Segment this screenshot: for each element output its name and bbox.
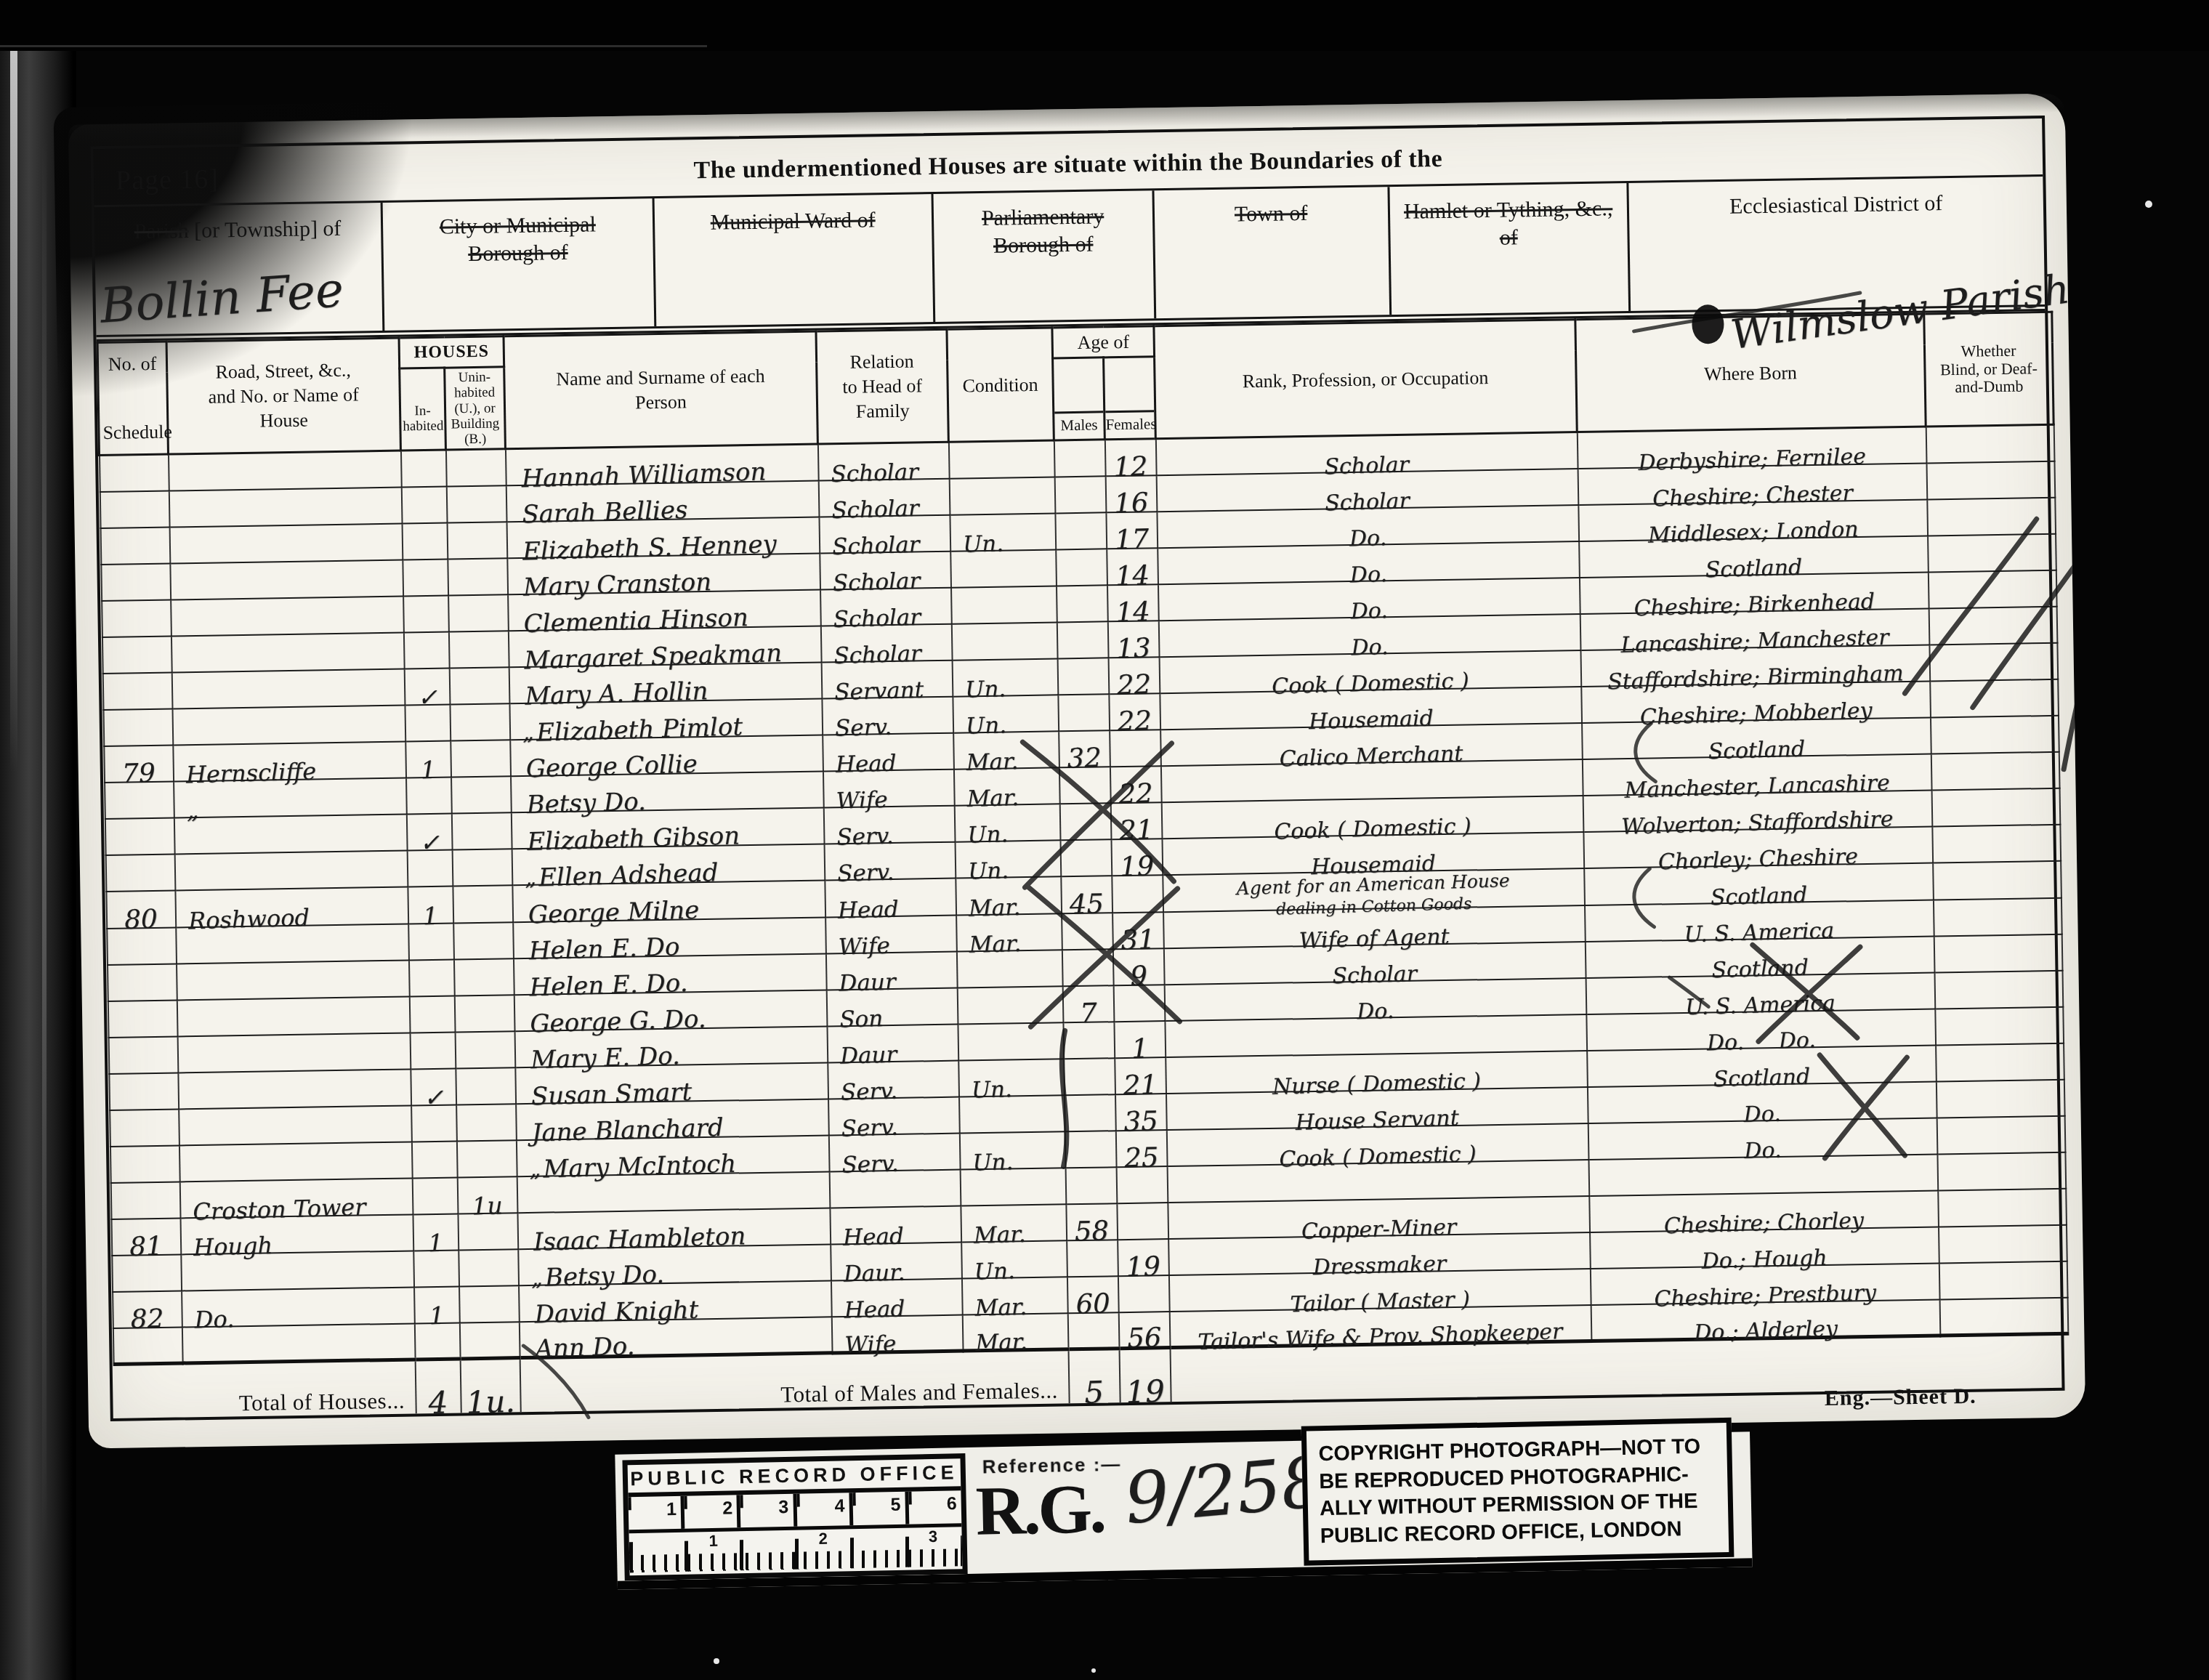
cell-age-male <box>1065 1131 1116 1168</box>
cell-occupation: Cook ( Domestic ) <box>1161 796 1583 839</box>
cell-age-male <box>1065 1167 1117 1204</box>
col-age-females: Females <box>1104 357 1156 440</box>
cell-road: Do. <box>182 1287 415 1327</box>
cell-age-male <box>1058 694 1110 731</box>
cell-relation: Head <box>830 1206 961 1244</box>
cell-age-male <box>1054 476 1106 513</box>
census-sheet: Page 16] The undermentioned Houses are s… <box>90 116 2064 1421</box>
cell-age-male <box>1057 621 1108 658</box>
col-age-group: Age of <box>1052 326 1155 358</box>
cell-road <box>170 560 403 599</box>
col-uninhabited: Unin-habited(U.), orBuilding(B.) <box>445 367 506 451</box>
field-municipal-ward-label: Municipal Ward of <box>697 206 889 237</box>
cell-road: Croston Tower <box>179 1178 413 1218</box>
cell-occupation: Copper-Miner <box>1168 1196 1590 1239</box>
col-age-males: Males <box>1053 358 1105 440</box>
field-ecclesiastical-label: Ecclesiastical District of <box>1716 190 1956 221</box>
cell-inhabited: ✓ <box>404 668 450 705</box>
cell-infirmity <box>1934 971 2063 1009</box>
cell-road <box>174 814 407 854</box>
inch-segment: 2 <box>684 1495 741 1529</box>
cell-schedule <box>105 854 175 891</box>
cell-infirmity <box>1936 1043 2064 1082</box>
cell-inhabited <box>410 1032 456 1069</box>
cell-inhabited <box>411 1141 457 1178</box>
cell-schedule <box>109 1073 179 1110</box>
field-municipal-borough: City or Municipal Borough of <box>380 198 654 331</box>
cell-infirmity <box>1933 861 2061 900</box>
cell-inhabited: 1 <box>405 740 451 778</box>
scan-speck <box>1091 1668 1096 1673</box>
cell-age-male <box>1062 949 1113 986</box>
pro-stamp-inch-scale: 1 2 3 4 5 6 <box>628 1490 961 1533</box>
scan-top-border <box>0 0 2209 51</box>
col-road: Road, Street, &c.,and No. or Name ofHous… <box>166 338 400 454</box>
cell-uninhabited <box>445 449 506 486</box>
total-houses-uninhabited: 1u. <box>460 1358 520 1413</box>
cell-age-female: 22 <box>1110 766 1161 803</box>
cell-uninhabited <box>452 849 512 886</box>
cell-infirmity <box>1939 1261 2067 1300</box>
cell-age-male <box>1056 585 1107 622</box>
cell-age-male <box>1055 512 1107 549</box>
cell-road <box>169 523 403 563</box>
field-parish-value: Bollin Fee <box>98 262 345 334</box>
cell-condition <box>957 986 1063 1024</box>
cell-infirmity <box>1937 1152 2066 1191</box>
cell-schedule <box>100 527 170 564</box>
col-schedule: No. ofSchedule <box>97 342 168 456</box>
copyright-stamp: COPYRIGHT PHOTOGRAPH—NOT TO BE REPRODUCE… <box>1301 1418 1735 1566</box>
total-males: 5 <box>1068 1349 1120 1403</box>
cell-uninhabited <box>453 922 514 959</box>
cell-uninhabited <box>456 1067 516 1104</box>
cell-road <box>171 596 404 636</box>
cell-schedule: 81 <box>111 1218 181 1255</box>
cell-condition <box>951 586 1057 623</box>
cell-condition <box>948 440 1054 478</box>
cell-age-female: 31 <box>1112 912 1164 949</box>
cell-inhabited <box>409 996 455 1033</box>
field-parliamentary-borough-label: Parliamentary Borough of <box>933 202 1152 260</box>
field-hamlet-label: Hamlet or Tything, &c., of <box>1389 195 1627 253</box>
total-females: 19 <box>1119 1348 1171 1402</box>
cell-road: Hernscliffe <box>173 741 406 781</box>
cell-condition: Un. <box>958 1059 1065 1097</box>
cell-age-male: 32 <box>1059 730 1110 767</box>
col-relation: Relationto Head ofFamily <box>816 329 948 444</box>
cell-inhabited: ✓ <box>411 1068 456 1105</box>
cell-age-female: 12 <box>1104 439 1156 476</box>
cell-schedule <box>110 1145 179 1182</box>
cell-inhabited <box>403 631 449 669</box>
cell-road <box>171 632 404 672</box>
cm-number: 2 <box>818 1530 828 1548</box>
cell-schedule <box>108 964 177 1001</box>
cell-schedule <box>100 454 169 491</box>
cell-infirmity <box>1929 607 2057 645</box>
cell-schedule <box>110 1109 179 1146</box>
cell-infirmity <box>1930 679 2059 718</box>
cell-infirmity <box>1932 825 2061 863</box>
col-houses-group: HOUSES <box>399 336 504 368</box>
cell-uninhabited <box>456 1104 517 1141</box>
cell-uninhabited <box>456 1140 517 1177</box>
cell-age-male <box>1059 803 1111 840</box>
field-town-label: Town of <box>1221 200 1321 229</box>
total-houses-inhabited: 4 <box>415 1359 461 1413</box>
inch-segment: 6 <box>908 1490 961 1524</box>
cell-uninhabited <box>454 995 514 1032</box>
cell-infirmity <box>1926 425 2054 464</box>
col-inhabited: In-habited <box>400 368 446 451</box>
cell-inhabited: 1 <box>408 886 453 924</box>
cell-inhabited <box>401 486 447 523</box>
cell-age-female: 56 <box>1118 1312 1170 1349</box>
inch-segment: 4 <box>796 1493 853 1527</box>
public-record-office-stamp: PUBLIC RECORD OFFICE 1 2 3 4 5 6 1 2 3 <box>622 1453 967 1580</box>
cell-inhabited <box>402 522 448 560</box>
cell-age-female: 1 <box>1114 1021 1166 1058</box>
sheet-note: Eng.—Sheet D. <box>1825 1384 1976 1411</box>
cell-infirmity <box>1931 752 2059 791</box>
cell-condition: Un. <box>959 1131 1065 1169</box>
cell-uninhabited: 1u <box>457 1176 517 1213</box>
cell-born: Cheshire; Chorley <box>1589 1190 1939 1232</box>
scan-left-border <box>0 0 76 1680</box>
cell-schedule <box>102 672 172 709</box>
cell-road <box>172 705 405 745</box>
cell-infirmity <box>1928 570 2056 609</box>
cell-road <box>177 1033 411 1073</box>
cell-uninhabited <box>451 740 511 777</box>
cell-infirmity <box>1927 498 2056 536</box>
cell-name: Isaac Hambleton <box>517 1208 831 1249</box>
cell-infirmity <box>1938 1189 2067 1227</box>
field-parish-label: Parish [or Township] of <box>121 215 354 246</box>
cell-born: Derbyshire; Fernilee <box>1577 427 1926 469</box>
cell-age-male: 45 <box>1061 876 1112 913</box>
cell-condition <box>951 622 1057 660</box>
cell-road <box>169 487 402 527</box>
cell-age-male <box>1065 1094 1116 1131</box>
cell-condition <box>949 477 1055 514</box>
cell-road <box>179 1105 412 1145</box>
cell-inhabited <box>412 1177 458 1214</box>
scanned-census-photograph: Page 16] The undermentioned Houses are s… <box>0 0 2209 1680</box>
inch-segment: 5 <box>852 1492 909 1526</box>
cell-name: Hannah Williamson <box>505 444 818 485</box>
cell-age-female: 19 <box>1118 1239 1169 1276</box>
cell-uninhabited <box>451 812 512 849</box>
col-name: Name and Surname of eachPerson <box>504 331 817 449</box>
cell-schedule <box>102 636 171 673</box>
cell-inhabited <box>403 559 448 596</box>
cell-schedule <box>102 599 171 637</box>
cell-age-male <box>1056 549 1107 586</box>
field-parish: Parish [or Township] of Bollin Fee <box>94 203 383 335</box>
cell-inhabited: 1 <box>413 1213 459 1251</box>
cell-uninhabited <box>446 485 506 522</box>
cell-uninhabited <box>448 631 509 668</box>
cell-road <box>171 669 405 708</box>
cell-infirmity <box>1928 534 2056 573</box>
cell-uninhabited <box>453 885 513 923</box>
field-municipal-borough-label: City or Municipal Borough of <box>408 211 627 269</box>
cm-number: 1 <box>708 1532 718 1551</box>
census-page: Page 16] The undermentioned Houses are s… <box>68 94 2085 1449</box>
cell-uninhabited <box>447 522 507 559</box>
cell-uninhabited <box>450 703 510 740</box>
cell-schedule <box>110 1182 180 1219</box>
cell-uninhabited <box>459 1322 520 1359</box>
cell-uninhabited <box>451 776 512 813</box>
cell-schedule <box>108 1000 177 1037</box>
cell-inhabited: 1 <box>414 1286 460 1323</box>
cell-schedule <box>100 490 169 528</box>
cell-schedule: 80 <box>106 890 176 928</box>
cell-infirmity <box>1935 1007 2064 1046</box>
cell-schedule <box>105 817 174 855</box>
col-occupation: Rank, Profession, or Occupation <box>1154 320 1577 439</box>
cell-inhabited <box>400 450 446 487</box>
field-hamlet: Hamlet or Tything, &c., of <box>1387 183 1628 315</box>
cell-schedule <box>103 708 173 746</box>
cell-road <box>177 996 410 1036</box>
cell-road <box>169 451 402 490</box>
cell-road <box>177 960 410 1000</box>
cell-inhabited: ✓ <box>406 813 452 850</box>
cell-infirmity <box>1939 1298 2068 1336</box>
cell-uninhabited <box>448 594 509 631</box>
reference-series: R.G. <box>975 1474 1104 1546</box>
field-municipal-ward: Municipal Ward of <box>652 194 933 326</box>
cell-uninhabited <box>455 1031 515 1068</box>
cell-infirmity <box>1934 934 2062 973</box>
cell-age-male: 7 <box>1062 985 1114 1022</box>
cell-road: Roshwood <box>175 887 408 927</box>
cell-age-male: 58 <box>1066 1203 1118 1240</box>
cell-road <box>178 1069 411 1109</box>
inch-segment: 1 <box>628 1496 684 1530</box>
inch-segment: 3 <box>740 1494 797 1528</box>
cell-schedule: 79 <box>104 745 174 782</box>
scan-speck <box>714 1658 719 1664</box>
cell-uninhabited <box>448 558 508 595</box>
cell-condition: Un. <box>952 658 1058 696</box>
cell-condition: Mar. <box>961 1204 1067 1242</box>
cell-road <box>174 850 408 890</box>
cell-infirmity <box>1929 643 2058 682</box>
cell-schedule: 82 <box>113 1291 182 1328</box>
cell-uninhabited <box>453 958 514 996</box>
pro-stamp-cm-scale: 1 2 3 <box>629 1527 962 1572</box>
cell-schedule <box>101 563 171 600</box>
cell-infirmity <box>1933 898 2061 937</box>
field-ecclesiastical-district: Ecclesiastical District of Wilmslow Pari… <box>1626 177 2045 311</box>
cell-condition <box>958 1022 1064 1060</box>
cell-infirmity <box>1939 1225 2067 1264</box>
cell-age-male <box>1060 839 1112 876</box>
cell-road <box>179 1142 412 1182</box>
cell-age-male <box>1064 1058 1115 1095</box>
cell-infirmity <box>1936 1080 2064 1118</box>
cell-occupation: Scholar <box>1155 432 1578 475</box>
census-table-body: Hannah Williamson Scholar 12 Scholar Der… <box>100 425 2068 1365</box>
cell-age-male: 60 <box>1067 1276 1118 1313</box>
cell-occupation: Nurse ( Domestic ) <box>1166 1051 1588 1094</box>
cell-age-male <box>1057 658 1109 695</box>
cell-age-male <box>1054 440 1105 477</box>
cell-inhabited <box>403 595 449 632</box>
cell-uninhabited <box>459 1285 520 1322</box>
cell-uninhabited <box>449 667 509 704</box>
field-parliamentary-borough: Parliamentary Borough of <box>931 190 1154 322</box>
archive-stamp-strip: PUBLIC RECORD OFFICE 1 2 3 4 5 6 1 2 3 R… <box>615 1431 1752 1589</box>
cell-infirmity <box>1926 461 2055 500</box>
cm-number: 3 <box>929 1527 938 1546</box>
cell-relation: Scholar <box>817 443 949 481</box>
cell-schedule <box>108 1036 178 1073</box>
field-town: Town of <box>1152 187 1389 318</box>
cell-infirmity <box>1931 716 2059 754</box>
cell-uninhabited <box>459 1249 519 1286</box>
scan-speck <box>2145 201 2152 208</box>
col-condition: Condition <box>947 328 1054 443</box>
cell-condition: Un. <box>950 513 1056 551</box>
cell-age-female <box>1117 1203 1168 1240</box>
total-houses-label: Total of Houses... <box>113 1360 416 1418</box>
cell-infirmity <box>1931 788 2060 827</box>
cell-infirmity <box>1937 1116 2065 1155</box>
census-table: No. ofSchedule Road, Street, &c.,and No.… <box>97 311 2070 1418</box>
cell-inhabited <box>408 959 454 996</box>
cell-occupation: Agent for an American Housedealing in Co… <box>1163 868 1585 912</box>
